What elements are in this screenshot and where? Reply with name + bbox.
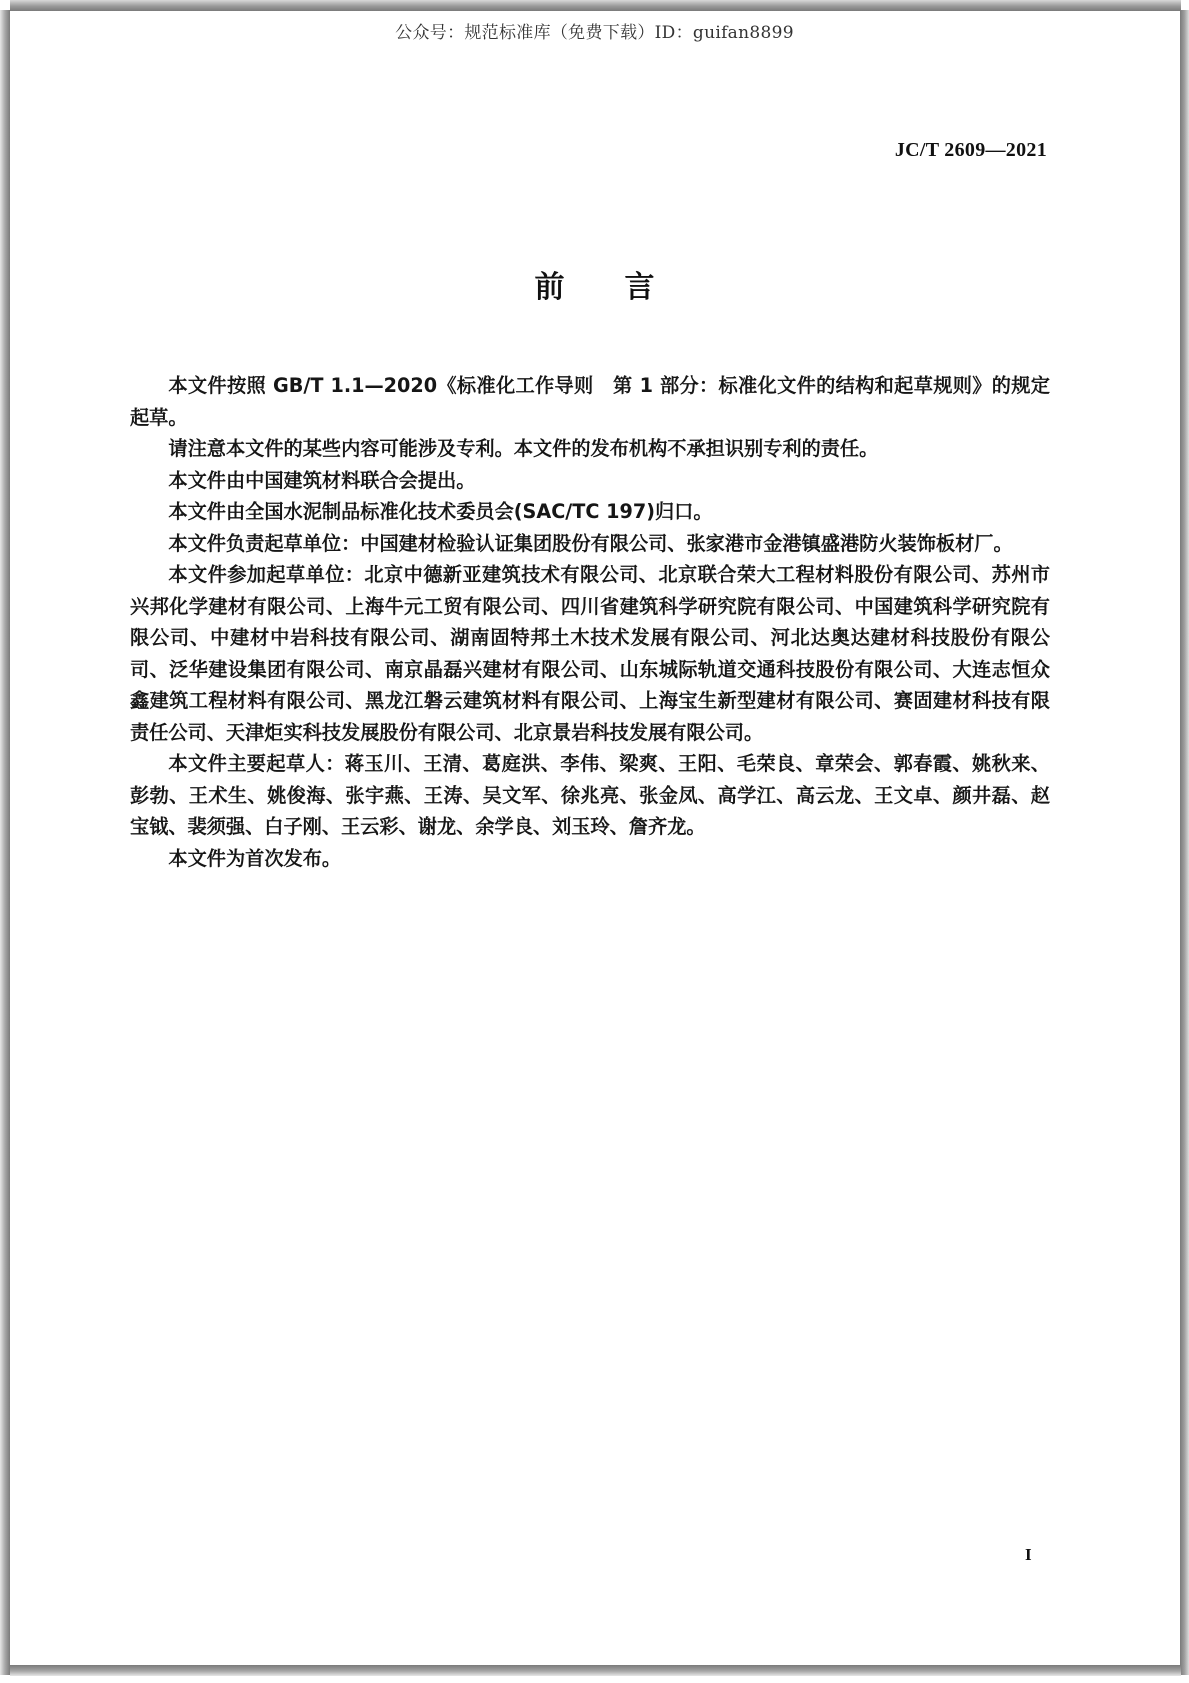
page-frame-top-edge bbox=[10, 0, 1181, 11]
paragraph-first-release: 本文件为首次发布。 bbox=[130, 843, 1050, 875]
paragraph-participating-units: 本文件参加起草单位：北京中德新亚建筑技术有限公司、北京联合荣大工程材料股份有限公… bbox=[130, 559, 1050, 748]
paragraph-proposed-by: 本文件由中国建筑材料联合会提出。 bbox=[130, 465, 1050, 497]
page-frame-right-edge bbox=[1180, 10, 1189, 1675]
page-title: 前言 bbox=[0, 262, 1189, 306]
page-number: I bbox=[1025, 1545, 1032, 1565]
paragraph-lead-drafting-units: 本文件负责起草单位：中国建材检验认证集团股份有限公司、张家港市金港镇盛港防火装饰… bbox=[130, 528, 1050, 560]
foreword-body: 本文件按照 GB/T 1.1—2020《标准化工作导则 第 1 部分：标准化文件… bbox=[130, 370, 1050, 874]
page-frame-bottom-edge bbox=[10, 1665, 1181, 1676]
paragraph-patent-notice: 请注意本文件的某些内容可能涉及专利。本文件的发布机构不承担识别专利的责任。 bbox=[130, 433, 1050, 465]
paragraph-main-drafters: 本文件主要起草人：蒋玉川、王清、葛庭洪、李伟、梁爽、王阳、毛荣良、章荣会、郭春霞… bbox=[130, 748, 1050, 843]
page-frame-left-edge bbox=[0, 10, 10, 1675]
document-code: JC/T 2609—2021 bbox=[895, 139, 1047, 162]
paragraph-under-jurisdiction: 本文件由全国水泥制品标准化技术委员会(SAC/TC 197)归口。 bbox=[130, 496, 1050, 528]
paragraph-drafting-rules: 本文件按照 GB/T 1.1—2020《标准化工作导则 第 1 部分：标准化文件… bbox=[130, 370, 1050, 433]
watermark-text: 公众号：规范标准库（免费下载）ID：guifan8899 bbox=[0, 18, 1189, 43]
